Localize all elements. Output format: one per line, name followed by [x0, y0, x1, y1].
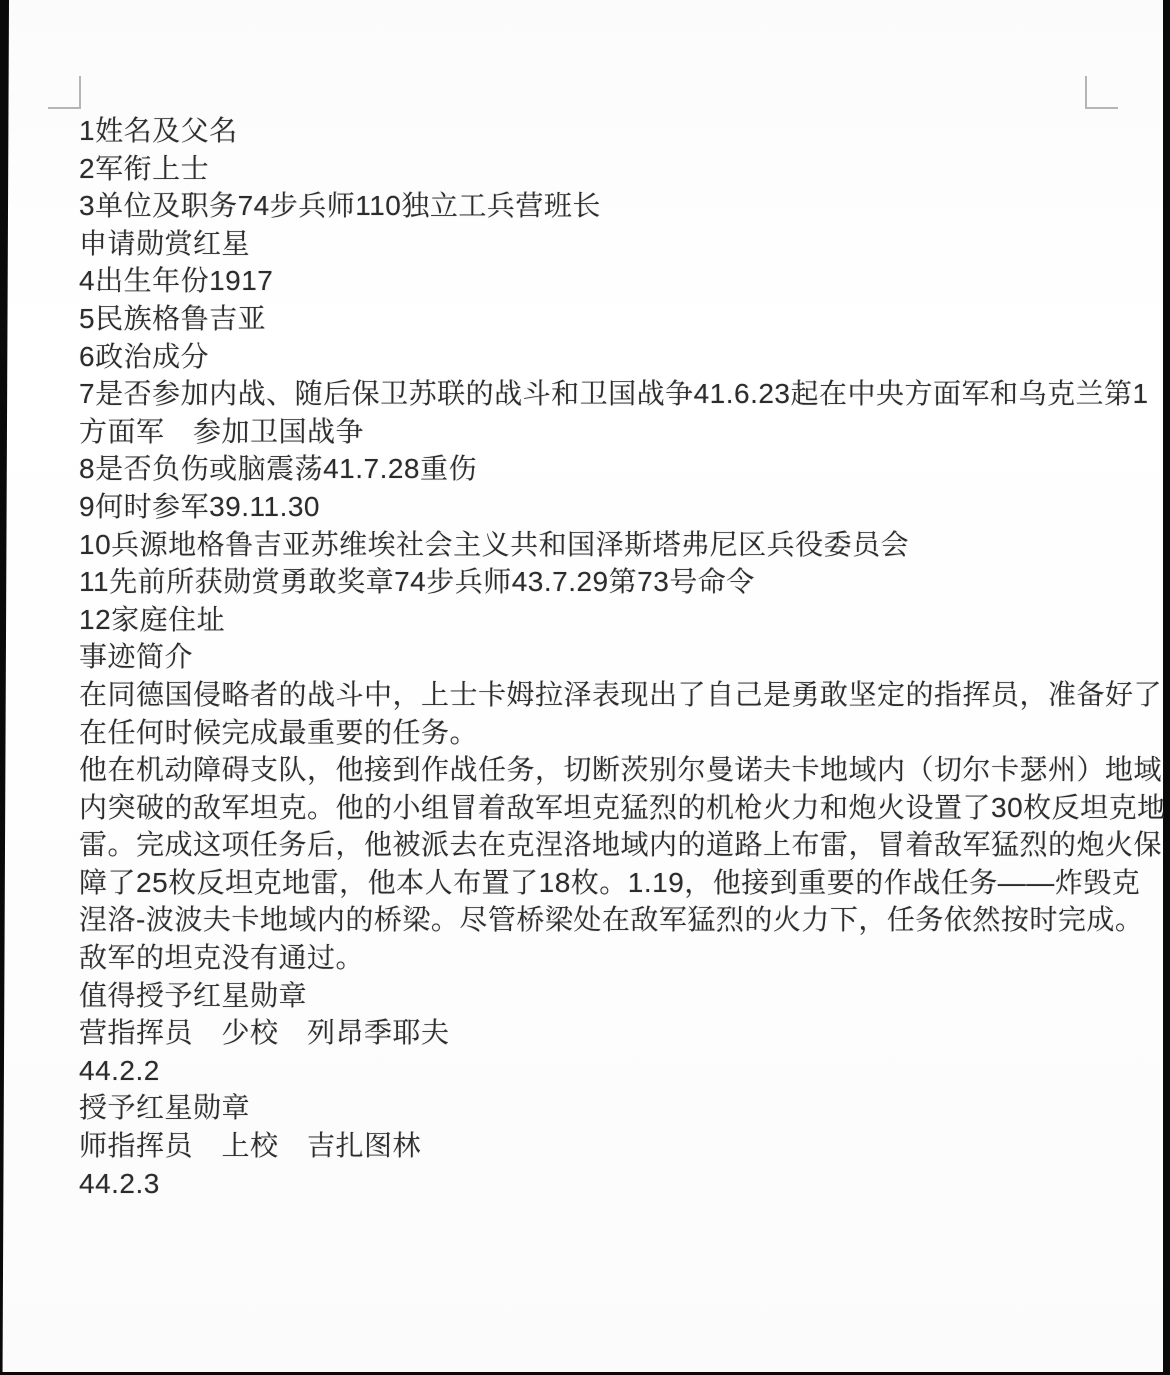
text-line: 授予红星勋章 [79, 1089, 1119, 1127]
text-line: 8是否负伤或脑震荡41.7.28重伤 [79, 450, 1119, 488]
document-lines: 1姓名及父名 2军衔上士 3单位及职务74步兵师110独立工兵营班长 申请勋赏红… [79, 112, 1119, 1202]
text-boundary-corner-top-left [48, 76, 81, 109]
text-line: 10兵源地格鲁吉亚苏维埃社会主义共和国泽斯塔弗尼区兵役委员会 [79, 526, 1119, 564]
text-line: 他在机动障碍支队，他接到作战任务，切断茨别尔曼诺夫卡地域内（切尔卡瑟州）地域 [79, 751, 1119, 789]
text-line: 44.2.2 [79, 1052, 1119, 1090]
text-line: 2军衔上士 [79, 150, 1119, 188]
text-line: 营指挥员 少校 列昂季耶夫 [79, 1014, 1119, 1052]
text-line: 在同德国侵略者的战斗中，上士卡姆拉泽表现出了自己是勇敢坚定的指挥员，准备好了 [79, 676, 1119, 714]
photo-edge-left [0, 0, 9, 1375]
text-line: 12家庭住址 [79, 601, 1119, 639]
text-line: 44.2.3 [79, 1165, 1119, 1203]
text-line: 4出生年份1917 [79, 262, 1119, 300]
text-line: 申请勋赏红星 [79, 225, 1119, 263]
text-line: 在任何时候完成最重要的任务。 [79, 714, 1119, 752]
text-line: 6政治成分 [79, 338, 1119, 376]
text-line: 师指挥员 上校 吉扎图林 [79, 1127, 1119, 1165]
text-line: 5民族格鲁吉亚 [79, 300, 1119, 338]
document-photo: 1姓名及父名 2军衔上士 3单位及职务74步兵师110独立工兵营班长 申请勋赏红… [0, 0, 1170, 1375]
text-line: 7是否参加内战、随后保卫苏联的战斗和卫国战争41.6.23起在中央方面军和乌克兰… [79, 375, 1119, 413]
text-line: 1姓名及父名 [79, 112, 1119, 150]
photo-edge-right [1163, 0, 1170, 1375]
text-line: 9何时参军39.11.30 [79, 488, 1119, 526]
text-line: 值得授予红星勋章 [79, 977, 1119, 1015]
text-line: 11先前所获勋赏勇敢奖章74步兵师43.7.29第73号命令 [79, 563, 1119, 601]
text-line: 内突破的敌军坦克。他的小组冒着敌军坦克猛烈的机枪火力和炮火设置了30枚反坦克地 [79, 789, 1119, 827]
text-line: 方面军 参加卫国战争 [79, 413, 1119, 451]
text-line: 雷。完成这项任务后，他被派去在克涅洛地域内的道路上布雷，冒着敌军猛烈的炮火保 [79, 826, 1119, 864]
text-boundary-corner-top-right [1085, 76, 1118, 109]
text-line: 涅洛-波波夫卡地域内的桥梁。尽管桥梁处在敌军猛烈的火力下，任务依然按时完成。 [79, 901, 1119, 939]
text-line: 敌军的坦克没有通过。 [79, 939, 1119, 977]
text-line: 障了25枚反坦克地雷，他本人布置了18枚。1.19，他接到重要的作战任务——炸毁… [79, 864, 1119, 902]
text-line: 事迹简介 [79, 638, 1119, 676]
text-line: 3单位及职务74步兵师110独立工兵营班长 [79, 187, 1119, 225]
